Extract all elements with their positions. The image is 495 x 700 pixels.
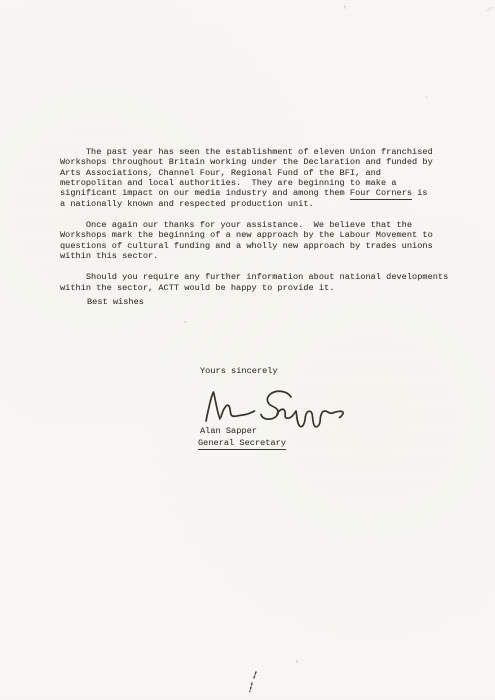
scan-speck — [425, 96, 428, 98]
scan-speck — [184, 321, 187, 323]
text-segment: Once again our thanks for your assistanc… — [60, 220, 412, 230]
signatory-title: General Secretary — [198, 438, 286, 450]
scanned-letter-page: The past year has seen the establishment… — [0, 0, 495, 700]
letter-line: Once again our thanks for your assistanc… — [60, 220, 460, 230]
letter-line: significant impact on our media industry… — [60, 188, 460, 198]
letter-line: within this sector. — [60, 251, 460, 261]
letter-line: The past year has seen the establishment… — [60, 147, 460, 157]
letter-line: Workshops throughout Britain working und… — [60, 157, 460, 167]
letter-line: a nationally known and respected product… — [60, 199, 460, 209]
signature-handwriting — [196, 384, 346, 432]
text-segment: The past year has seen the establishment… — [60, 147, 433, 157]
text-segment: significant impact on our media industry… — [60, 188, 350, 198]
letter-line: metropolitan and local authorities. They… — [60, 178, 460, 188]
scan-artifact-mark — [246, 670, 260, 694]
text-segment: Workshops mark the beginning of a new ap… — [60, 230, 433, 240]
valediction: Yours sincerely — [200, 366, 278, 376]
scan-speck — [343, 5, 346, 9]
letter-line: Arts Associations, Channel Four, Regiona… — [60, 168, 460, 178]
text-segment: questions of cultural funding and a whol… — [60, 241, 433, 251]
scan-speck — [486, 6, 493, 11]
text-segment: Workshops throughout Britain working und… — [60, 157, 433, 167]
letter-line: Should you require any further informati… — [60, 272, 460, 282]
letter-body: The past year has seen the establishment… — [60, 147, 460, 304]
letter-line: questions of cultural funding and a whol… — [60, 241, 460, 251]
paragraph: Should you require any further informati… — [60, 272, 460, 293]
text-segment: metropolitan and local authorities. They… — [60, 178, 397, 188]
text-segment: Should you require any further informati… — [60, 272, 448, 282]
paragraph: The past year has seen the establishment… — [60, 147, 460, 209]
letter-line: Workshops mark the beginning of a new ap… — [60, 230, 460, 240]
sign-off: Best wishes — [87, 297, 144, 307]
text-segment: within this sector. — [60, 251, 158, 261]
letter-line: within the sector, ACTT would be happy t… — [60, 283, 460, 293]
underlined-text: Four Corners — [350, 188, 412, 200]
text-segment: within the sector, ACTT would be happy t… — [60, 283, 334, 293]
text-segment: a nationally known and respected product… — [60, 199, 314, 209]
signatory-name: Alan Sapper — [200, 426, 257, 436]
scan-speck — [296, 660, 298, 663]
text-segment: is — [412, 188, 428, 198]
paragraph: Once again our thanks for your assistanc… — [60, 220, 460, 261]
scan-speck — [103, 12, 105, 14]
text-segment: Arts Associations, Channel Four, Regiona… — [60, 168, 381, 178]
